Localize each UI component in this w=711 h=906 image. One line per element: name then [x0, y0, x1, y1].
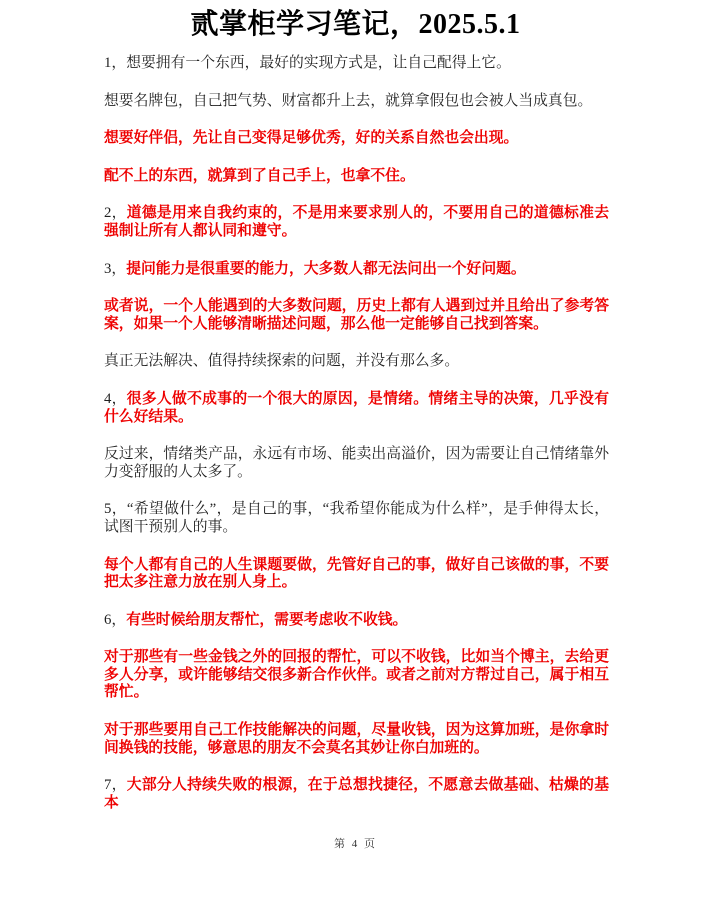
- paragraph-text: 有些时候给朋友帮忙，需要考虑收不收钱。: [126, 612, 407, 628]
- note-paragraph: 想要名牌包，自己把气势、财富都升上去，就算拿假包也会被人当成真包。: [104, 93, 609, 111]
- note-paragraph: 4，很多人做不成事的一个很大的原因，是情绪。情绪主导的决策，几乎没有什么好结果。: [104, 391, 609, 426]
- paragraph-number: 4，: [104, 391, 127, 407]
- note-paragraph: 1，想要拥有一个东西，最好的实现方式是，让自己配得上它。: [104, 55, 609, 73]
- note-paragraph: 7，大部分人持续失败的根源，在于总想找捷径，不愿意去做基础、枯燥的基本: [104, 777, 609, 812]
- paragraph-text: 每个人都有自己的人生课题要做，先管好自己的事，做好自己该做的事，不要把太多注意力…: [104, 557, 609, 591]
- paragraph-number: 7，: [104, 777, 127, 793]
- paragraph-text: 道德是用来自我约束的，不是用来要求别人的，不要用自己的道德标准去强制让所有人都认…: [104, 205, 609, 239]
- note-paragraph: 对于那些有一些金钱之外的回报的帮忙，可以不收钱，比如当个博主，去给更多人分享，或…: [104, 649, 609, 702]
- note-paragraph: 想要好伴侣，先让自己变得足够优秀，好的关系自然也会出现。: [104, 130, 609, 148]
- page-title: 贰掌柜学习笔记，2025.5.1: [0, 7, 711, 43]
- note-paragraph: 或者说，一个人能遇到的大多数问题，历史上都有人遇到过并且给出了参考答案，如果一个…: [104, 298, 609, 333]
- note-paragraph: 3，提问能力是很重要的能力，大多数人都无法问出一个好问题。: [104, 261, 609, 279]
- paragraph-number: 5，: [104, 501, 127, 517]
- paragraph-number: 3，: [104, 261, 126, 277]
- paragraph-text: 想要好伴侣，先让自己变得足够优秀，好的关系自然也会出现。: [104, 130, 518, 146]
- paragraph-text: 想要拥有一个东西，最好的实现方式是，让自己配得上它。: [126, 55, 511, 71]
- paragraph-text: 对于那些有一些金钱之外的回报的帮忙，可以不收钱，比如当个博主，去给更多人分享，或…: [104, 649, 609, 700]
- document-page: 贰掌柜学习笔记，2025.5.1 1，想要拥有一个东西，最好的实现方式是，让自己…: [0, 0, 711, 906]
- paragraph-number: 2，: [104, 205, 127, 221]
- note-paragraph: 配不上的东西，就算到了自己手上，也拿不住。: [104, 168, 609, 186]
- paragraph-number: 1，: [104, 55, 126, 71]
- note-paragraph: 对于那些要用自己工作技能解决的问题，尽量收钱，因为这算加班，是你拿时间换钱的技能…: [104, 722, 609, 757]
- paragraph-text: 想要名牌包，自己把气势、财富都升上去，就算拿假包也会被人当成真包。: [104, 93, 592, 109]
- note-paragraph: 每个人都有自己的人生课题要做，先管好自己的事，做好自己该做的事，不要把太多注意力…: [104, 557, 609, 592]
- paragraph-text: 很多人做不成事的一个很大的原因，是情绪。情绪主导的决策，几乎没有什么好结果。: [104, 391, 609, 425]
- paragraph-text: 真正无法解决、值得持续探索的问题，并没有那么多。: [104, 353, 459, 369]
- paragraph-text: 配不上的东西，就算到了自己手上，也拿不住。: [104, 168, 415, 184]
- note-paragraph: 2，道德是用来自我约束的，不是用来要求别人的，不要用自己的道德标准去强制让所有人…: [104, 205, 609, 240]
- note-paragraph: 真正无法解决、值得持续探索的问题，并没有那么多。: [104, 353, 609, 371]
- note-paragraph: 反过来，情绪类产品，永远有市场、能卖出高溢价，因为需要让自己情绪靠外力变舒服的人…: [104, 446, 609, 481]
- note-paragraph: 6，有些时候给朋友帮忙，需要考虑收不收钱。: [104, 612, 609, 630]
- paragraph-text: “希望做什么”，是自己的事，“我希望你能成为什么样”，是手伸得太长，试图干预别人…: [104, 501, 609, 535]
- notes-body: 1，想要拥有一个东西，最好的实现方式是，让自己配得上它。 想要名牌包，自己把气势…: [104, 55, 609, 832]
- page-number: 第 4 页: [0, 835, 711, 851]
- paragraph-text: 提问能力是很重要的能力，大多数人都无法问出一个好问题。: [126, 261, 526, 277]
- paragraph-text: 或者说，一个人能遇到的大多数问题，历史上都有人遇到过并且给出了参考答案，如果一个…: [104, 298, 609, 332]
- note-paragraph: 5，“希望做什么”，是自己的事，“我希望你能成为什么样”，是手伸得太长，试图干预…: [104, 501, 609, 536]
- paragraph-number: 6，: [104, 612, 126, 628]
- paragraph-text: 对于那些要用自己工作技能解决的问题，尽量收钱，因为这算加班，是你拿时间换钱的技能…: [104, 722, 609, 756]
- paragraph-text: 大部分人持续失败的根源，在于总想找捷径，不愿意去做基础、枯燥的基本: [104, 777, 609, 811]
- paragraph-text: 反过来，情绪类产品，永远有市场、能卖出高溢价，因为需要让自己情绪靠外力变舒服的人…: [104, 446, 609, 480]
